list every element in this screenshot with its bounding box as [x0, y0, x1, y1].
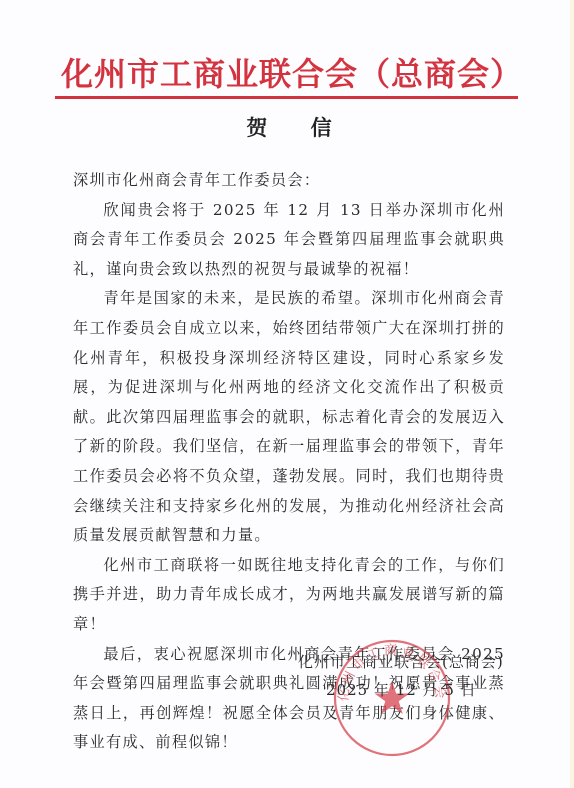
paragraph-youth: 青年是国家的未来，是民族的希望。深圳市化州商会青年工作委员会自成立以来，始终团结…	[73, 284, 505, 550]
document-title: 贺 信	[0, 112, 574, 142]
paragraph-congratulation: 欣闻贵会将于 2025 年 12 月 13 日举办深圳市化州商会青年工作委员会 …	[73, 196, 505, 285]
letterhead-title: 化州市工商业联合会（总商会）	[0, 54, 574, 94]
letterhead-divider	[55, 96, 518, 99]
paragraph-support: 化州市工商联将一如既往地支持化青会的工作，与你们携手并进，助力青年成长成才，为两…	[73, 551, 505, 640]
salutation: 深圳市化州商会青年工作委员会：	[73, 166, 505, 196]
signature-block: 化州市工商业联合会(总商会) 2025 年 12 月 5 日	[298, 648, 504, 704]
signature-organization: 化州市工商业联合会(总商会)	[298, 653, 504, 671]
signature-date: 2025 年 12 月 5 日	[298, 676, 504, 704]
